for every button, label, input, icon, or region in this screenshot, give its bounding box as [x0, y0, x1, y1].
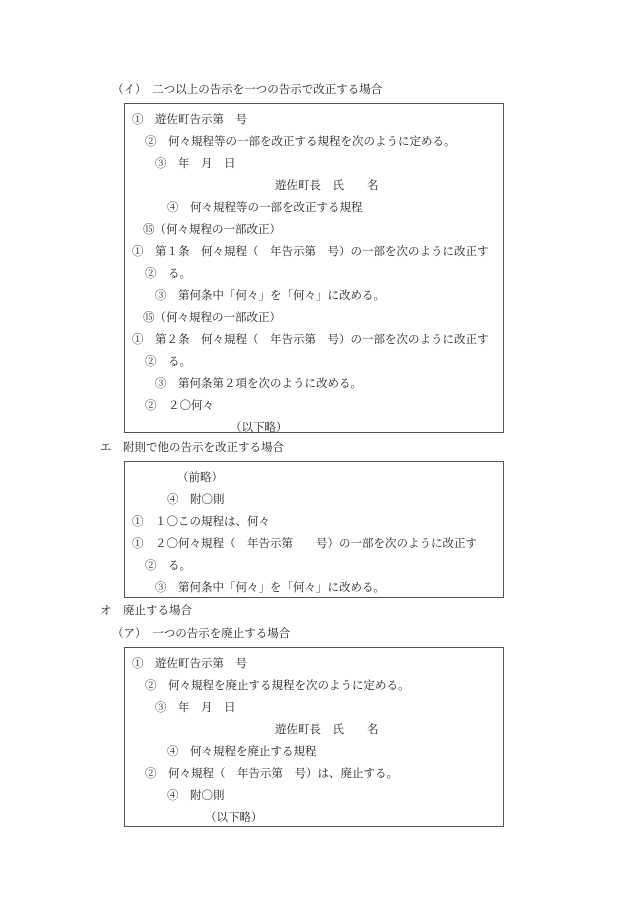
example-line: ④ 附〇則 — [167, 787, 225, 803]
example-line: ⑮（何々規程の一部改正） — [143, 309, 281, 325]
section-heading: （ア） 一つの告示を廃止する場合 — [112, 625, 290, 641]
example-line: ② 何々規程等の一部を改正する規程を次のように定める。 — [145, 133, 456, 149]
section-heading: （イ） 二つ以上の告示を一つの告示で改正する場合 — [112, 81, 382, 97]
example-line: ② る。 — [145, 557, 191, 573]
example-line: ④ 何々規程を廃止する規程 — [167, 743, 317, 759]
example-box: ① 遊佐町告示第 号② 何々規程を廃止する規程を次のように定める。③ 年 月 日… — [124, 647, 504, 827]
example-line: （以下略） — [230, 419, 288, 435]
section-heading: オ 廃止する場合 — [100, 602, 192, 618]
example-line: 遊佐町長 氏 名 — [275, 177, 379, 193]
example-line: ④ 附〇則 — [167, 491, 225, 507]
example-line: ③ 年 月 日 — [155, 699, 236, 715]
example-line: ③ 第何条第２項を次のように改める。 — [155, 375, 362, 391]
example-box: （前略）④ 附〇則① １〇この規程は、何々① ２〇何々規程（ 年告示第 号）の一… — [124, 461, 504, 598]
example-line: ③ 年 月 日 — [155, 155, 236, 171]
example-line: ② る。 — [145, 353, 191, 369]
example-line: ③ 第何条中「何々」を「何々」に改める。 — [155, 579, 385, 595]
example-line: ① １〇この規程は、何々 — [132, 513, 270, 529]
example-line: ② 何々規程を廃止する規程を次のように定める。 — [145, 677, 410, 693]
section-heading: エ 附則で他の告示を改正する場合 — [100, 439, 284, 455]
example-line: ② る。 — [145, 265, 191, 281]
example-line: （以下略） — [205, 809, 263, 825]
example-line: ③ 第何条中「何々」を「何々」に改める。 — [155, 287, 385, 303]
example-line: ④ 何々規程等の一部を改正する規程 — [167, 199, 363, 215]
example-line: ② 何々規程（ 年告示第 号）は、廃止する。 — [145, 765, 398, 781]
example-line: 遊佐町長 氏 名 — [275, 721, 379, 737]
example-line: ① 第２条 何々規程（ 年告示第 号）の一部を次のように改正す — [132, 331, 489, 347]
example-line: ① 遊佐町告示第 号 — [132, 111, 247, 127]
example-line: ⑮（何々規程の一部改正） — [143, 221, 281, 237]
example-box: ① 遊佐町告示第 号② 何々規程等の一部を改正する規程を次のように定める。③ 年… — [124, 103, 504, 433]
example-line: ② ２〇何々 — [145, 397, 214, 413]
example-line: ① 第１条 何々規程（ 年告示第 号）の一部を次のように改正す — [132, 243, 489, 259]
example-line: ① 遊佐町告示第 号 — [132, 655, 247, 671]
example-line: ① ２〇何々規程（ 年告示第 号）の一部を次のように改正す — [132, 535, 477, 551]
example-line: （前略） — [177, 469, 223, 485]
